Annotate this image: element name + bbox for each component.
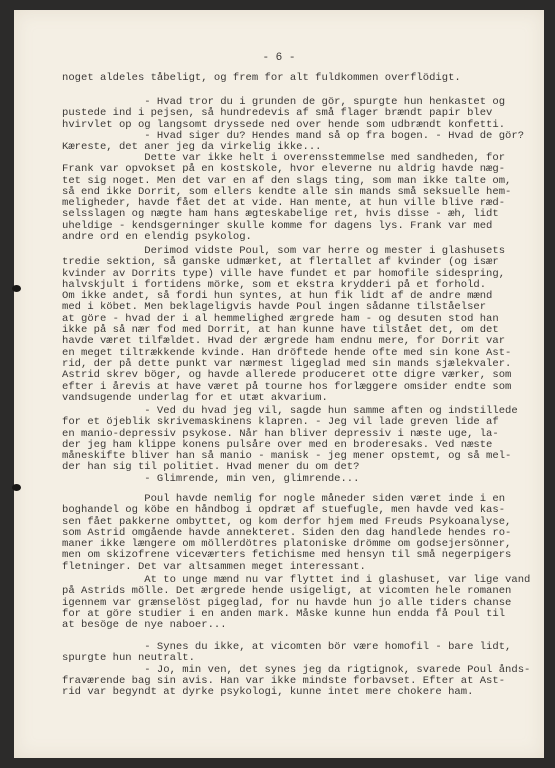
paragraph-5: - Ved du hvad jeg vil, sagde hun samme a… (62, 406, 534, 485)
typewritten-page: - 6 - noget aldeles tåbeligt, og frem fo… (14, 10, 544, 758)
punch-hole-upper (12, 285, 21, 292)
scanned-page-viewer: - 6 - noget aldeles tåbeligt, og frem fo… (0, 0, 555, 768)
paragraph-8: - Synes du ikke, at vicomten bör være ho… (62, 642, 534, 698)
paragraph-3: Dette var ikke helt i overensstemmelse m… (62, 153, 534, 243)
paragraph-7: At to unge mænd nu var flyttet ind i gla… (62, 575, 534, 631)
paragraph-2: - Hvad tror du i grunden de gör, spurgte… (62, 97, 534, 153)
page-number: - 6 - (14, 52, 544, 64)
paragraph-4: Derimod vidste Poul, som var herre og me… (62, 246, 534, 404)
paragraph-6: Poul havde nemlig for nogle måneder side… (62, 494, 534, 573)
paragraph-1: noget aldeles tåbeligt, og frem for alt … (62, 73, 534, 84)
punch-hole-lower (12, 484, 21, 491)
